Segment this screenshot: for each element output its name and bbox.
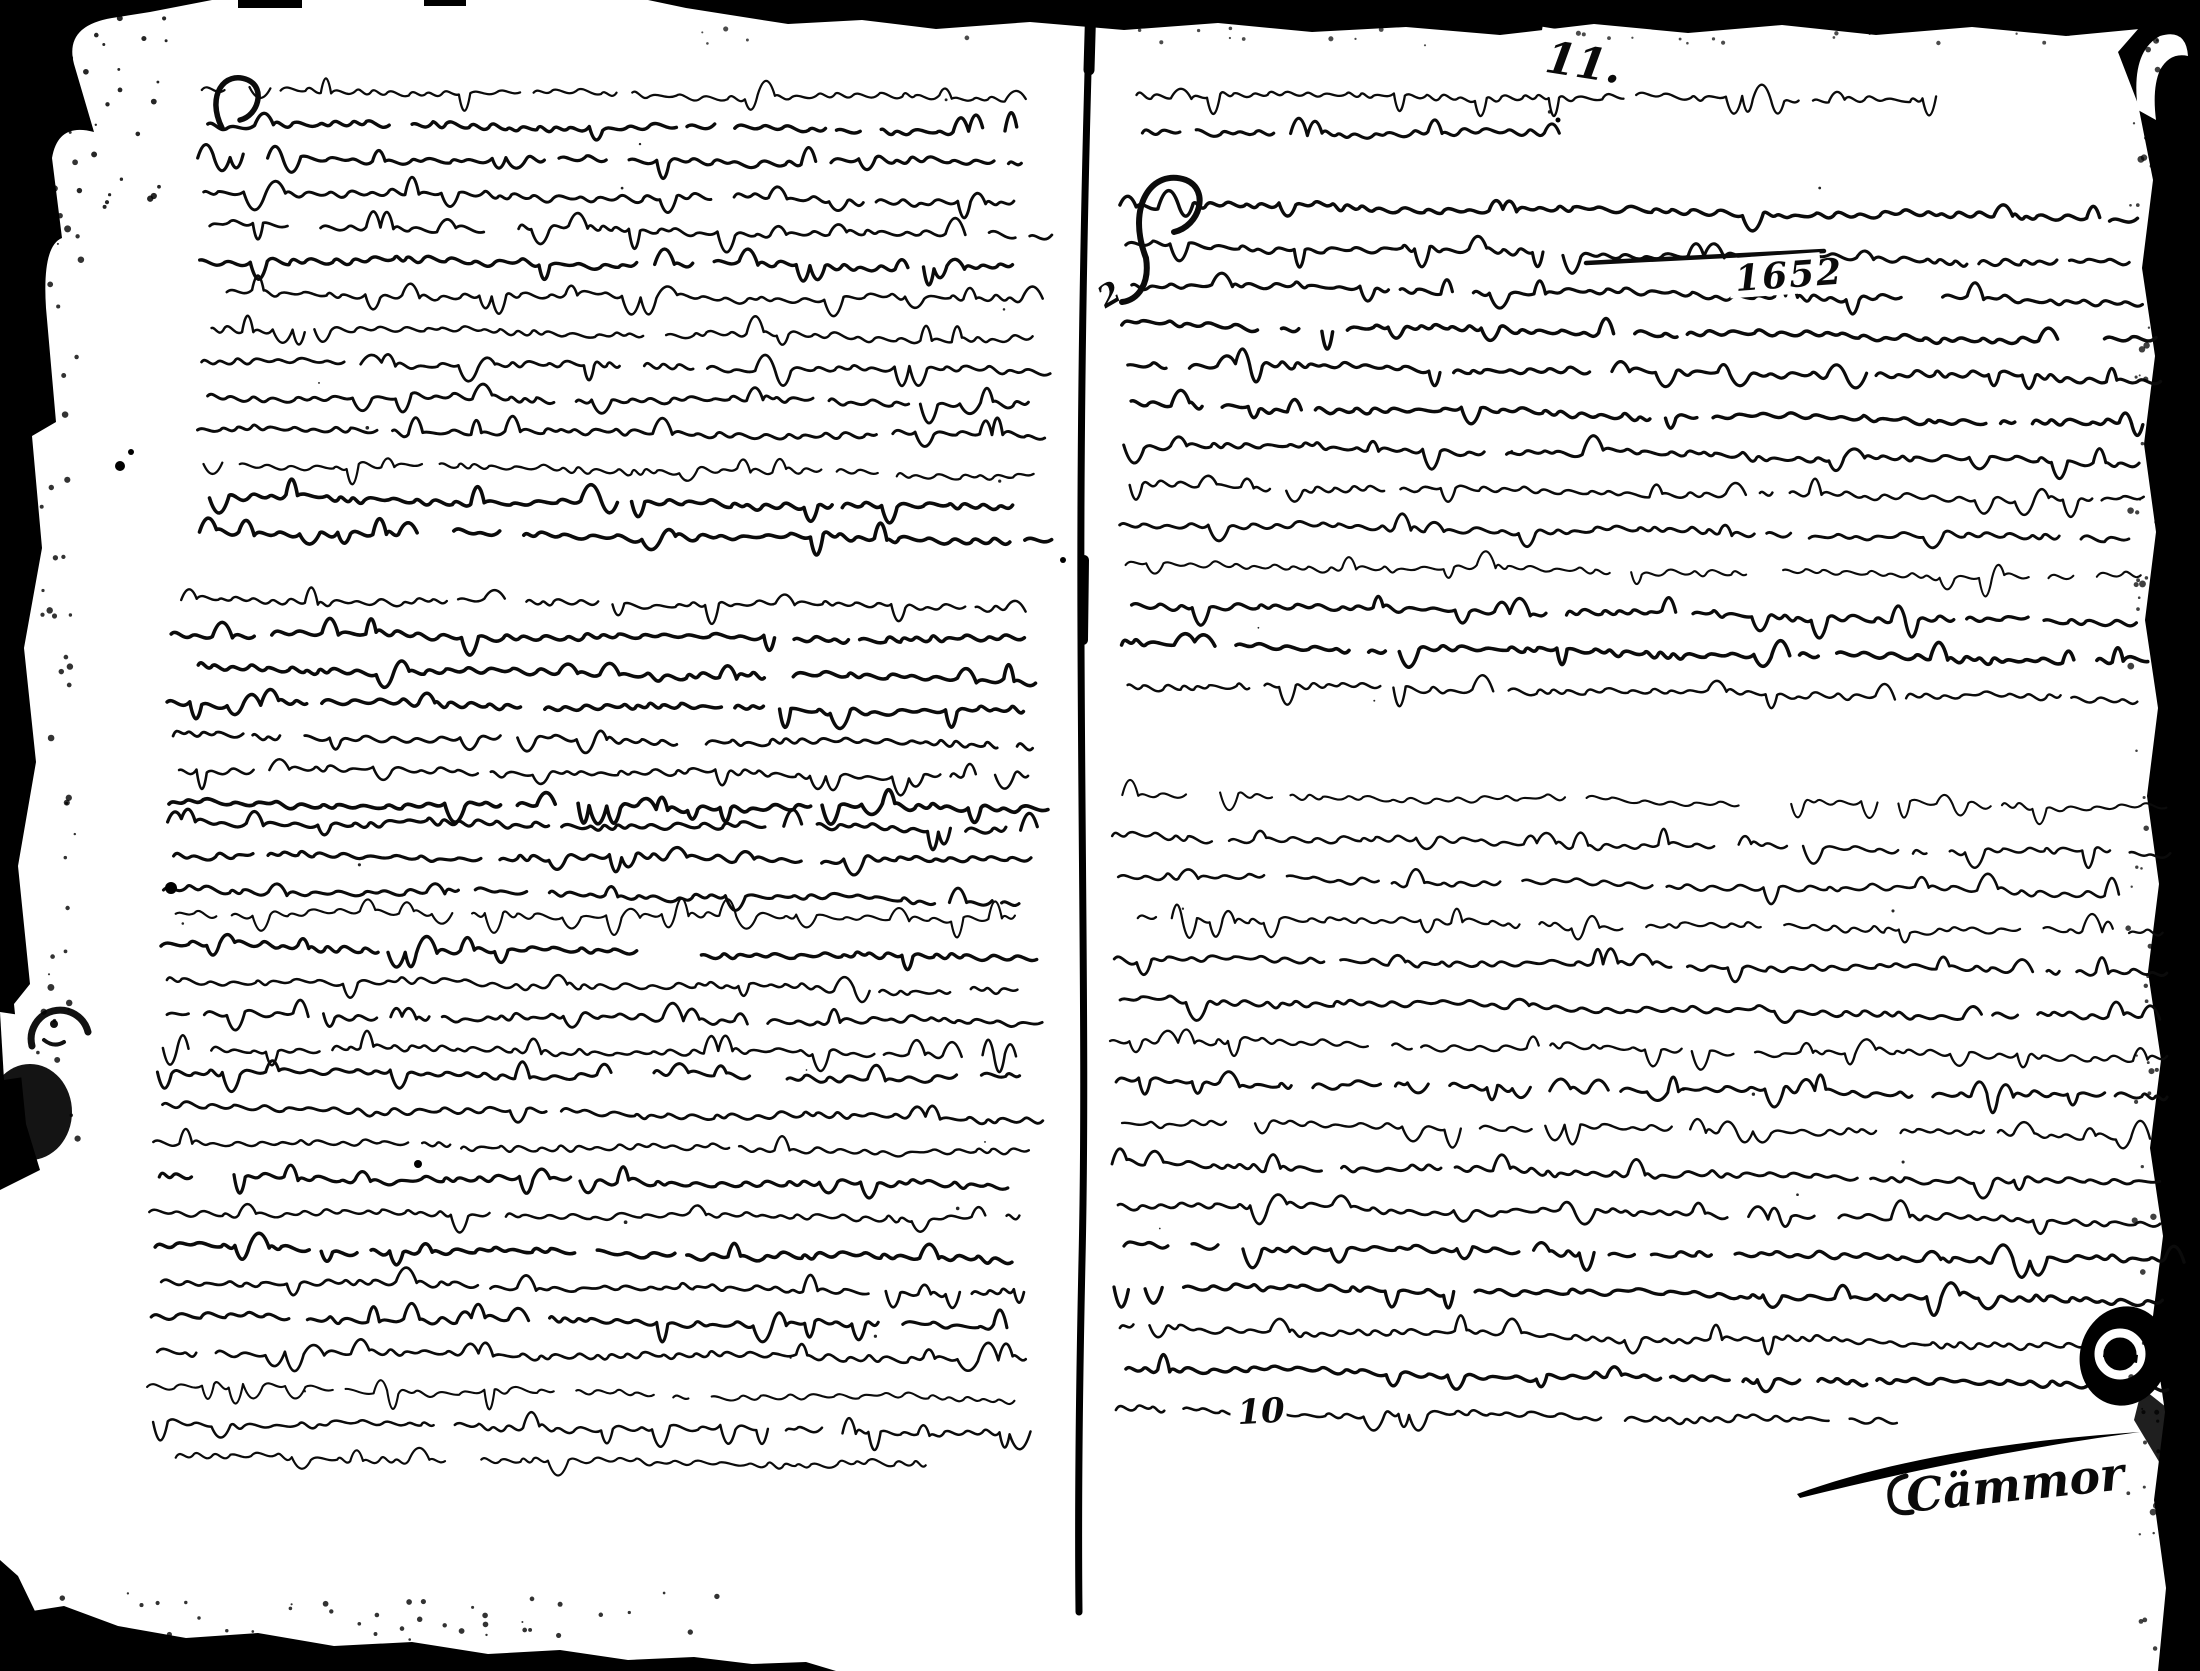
speckle (184, 1601, 187, 1604)
handwriting-line (212, 316, 1033, 345)
speckle (1373, 700, 1375, 702)
chapter-number-text: 10 (1236, 1391, 1286, 1433)
speckle (141, 36, 146, 41)
speckle (63, 50, 66, 53)
speckle (70, 1114, 73, 1117)
scan-edge-bottom (0, 1600, 836, 1671)
speckle (2148, 1068, 2154, 1074)
speckle (746, 39, 749, 42)
speckle (51, 185, 57, 191)
handwriting-line (163, 1031, 1016, 1072)
speckle (47, 119, 51, 123)
speckle (318, 382, 320, 384)
speckle (162, 16, 166, 20)
speckle (2136, 203, 2140, 207)
speckle (108, 193, 111, 196)
scan-artwork: 11. 2 1652 10 Cämmor (0, 0, 2200, 1671)
speckle (2145, 576, 2149, 580)
speckle (357, 1622, 361, 1626)
handwriting-line (176, 1448, 926, 1476)
speckle (2142, 1618, 2147, 1623)
handwriting-line (176, 898, 1015, 937)
speckle (67, 1008, 69, 1010)
signature-block: Cämmor (1797, 1432, 2140, 1523)
speckle (251, 1630, 254, 1633)
speckle (2141, 442, 2145, 446)
handwriting-left-page (147, 78, 1052, 1475)
ink-blotch (115, 461, 125, 471)
handwriting-line (1120, 191, 2138, 231)
speckle (628, 1611, 631, 1614)
speckle (1229, 27, 1233, 31)
handwriting-line (1122, 634, 2148, 668)
speckle (35, 527, 39, 531)
speckle (2139, 1533, 2141, 1535)
speckle (48, 735, 55, 742)
speckle (72, 159, 78, 165)
speckle (471, 1606, 474, 1609)
margin-mark-text: 2 (1091, 275, 1127, 316)
speckle (61, 373, 66, 378)
speckle (2139, 499, 2141, 501)
handwriting-line (198, 416, 1045, 446)
speckle (2153, 416, 2157, 420)
speckle (75, 1136, 81, 1142)
speckle (2145, 47, 2151, 53)
year-fragment: 1652 (1728, 251, 1845, 301)
speckle (2140, 867, 2143, 870)
speckle (2155, 67, 2161, 73)
year-text: 1652 (1734, 251, 1845, 300)
speckle (1834, 31, 1838, 35)
speckle (2153, 220, 2156, 223)
speckle (2127, 663, 2134, 670)
speckle (53, 555, 58, 560)
speckle (1379, 27, 1384, 32)
speckle (1857, 29, 1859, 31)
speckle (530, 1597, 535, 1602)
speckle (1686, 42, 1689, 45)
speckle (85, 1637, 87, 1639)
speckle (1424, 44, 1426, 46)
speckle (874, 1335, 877, 1338)
handwriting-line (227, 276, 1043, 317)
handwriting-line (151, 1303, 1007, 1342)
speckle (69, 131, 72, 134)
speckle (2136, 607, 2140, 611)
speckle (52, 613, 57, 618)
handwriting-line (208, 113, 1017, 140)
handwriting-line (1112, 1149, 2160, 1198)
speckle (47, 282, 53, 288)
speckle (2134, 582, 2139, 587)
handwriting-line (155, 1233, 1012, 1265)
handwriting-line (1124, 436, 2139, 479)
handwriting-line (1122, 318, 2156, 349)
handwriting-line (1128, 349, 2161, 389)
speckle (714, 1594, 719, 1599)
speckle (358, 863, 361, 866)
speckle (2148, 1091, 2152, 1095)
speckle (2148, 944, 2153, 949)
handwriting-line (202, 78, 1026, 110)
speckle (124, 1638, 127, 1641)
speckle (58, 213, 63, 218)
speckle (156, 1601, 160, 1605)
speckle (94, 33, 99, 38)
speckle (225, 1629, 228, 1632)
speckle (2154, 520, 2158, 524)
speckle (95, 124, 97, 126)
handwriting-line (1137, 85, 1937, 116)
speckle (442, 1623, 446, 1627)
speckle (64, 477, 70, 483)
handwriting-line (208, 384, 1029, 423)
ink-blotch (128, 449, 134, 455)
speckle (2126, 1491, 2130, 1495)
speckle (2153, 1502, 2159, 1508)
speckle (1138, 29, 1141, 32)
speckle (2141, 1408, 2143, 1410)
speckle (1548, 110, 1552, 114)
speckle (374, 1632, 378, 1636)
speckle (1607, 36, 1611, 40)
book-clasp-left (0, 1010, 96, 1160)
speckle (2143, 376, 2148, 381)
speckle (1159, 40, 1163, 44)
speckle (2150, 1214, 2156, 1220)
speckle (2156, 1449, 2160, 1453)
handwriting-line (171, 618, 1024, 655)
speckle (2133, 122, 2135, 124)
handwriting-line (1138, 905, 2163, 943)
speckle (2139, 346, 2145, 352)
speckle (50, 954, 55, 959)
handwriting-line (147, 1380, 1014, 1409)
speckle (1902, 1160, 1905, 1163)
book-binding-gutter (1079, 0, 1091, 1612)
speckle (1752, 1093, 1755, 1096)
speckle (624, 1220, 628, 1224)
speckle (40, 505, 44, 509)
handwriting-line (1120, 514, 2129, 548)
speckle (1833, 36, 1836, 39)
speckle (789, 1357, 791, 1359)
speckle (1582, 32, 1586, 36)
speckle (291, 1603, 293, 1605)
handwriting-line (1126, 551, 2141, 596)
speckle (48, 973, 50, 975)
speckle (289, 1607, 293, 1611)
speckle (40, 613, 44, 617)
handwriting-line (161, 935, 1037, 970)
speckle (483, 1622, 489, 1628)
speckle (945, 98, 948, 101)
speckle (621, 187, 624, 190)
speckle (61, 555, 65, 559)
handwriting-line (149, 1204, 1019, 1232)
handwriting-line (1131, 390, 2143, 435)
speckle (165, 39, 168, 42)
speckle (1510, 450, 1513, 453)
speckle (151, 193, 157, 199)
speckle (74, 355, 78, 359)
handwriting-line (1116, 1072, 2167, 1113)
handwriting-line (204, 458, 1034, 484)
handwriting-line (1118, 869, 2150, 904)
speckle (2143, 796, 2146, 799)
speckle (139, 1603, 143, 1607)
speckle (1676, 1376, 1679, 1379)
speckle (2156, 1419, 2159, 1422)
speckle (75, 234, 79, 238)
speckle (105, 102, 109, 106)
speckle (2135, 510, 2139, 514)
speckle (2136, 1054, 2138, 1056)
speckle (77, 188, 82, 193)
handwriting-line (153, 1129, 1029, 1157)
speckle (2154, 1303, 2156, 1305)
speckle (1818, 187, 1821, 190)
handwriting-line (1130, 476, 2144, 517)
handwriting-line (200, 249, 1013, 285)
speckle (57, 243, 59, 245)
speckle (521, 1621, 523, 1623)
speckle (127, 1592, 129, 1594)
speckle (1576, 31, 1581, 36)
speckle (118, 88, 123, 93)
scan-edge-top (648, 0, 2200, 36)
handwriting-line (157, 1339, 1025, 1371)
ink-blotch (1060, 557, 1066, 563)
handwriting-line (1128, 675, 2138, 708)
speckle (102, 43, 105, 46)
speckle (400, 1626, 405, 1631)
speckle (1631, 37, 1633, 39)
speckle (2144, 984, 2148, 988)
speckle (2128, 59, 2132, 63)
speckle (701, 31, 703, 33)
speckle (2153, 623, 2156, 626)
handwriting-line (164, 884, 1020, 911)
handwriting-line (159, 1165, 1008, 1198)
speckle (64, 856, 67, 859)
handwriting-line (1126, 236, 2129, 273)
handwriting-line (1110, 1029, 2167, 1069)
handwriting-line (1118, 1195, 2160, 1234)
speckle (78, 256, 85, 263)
speckle (2144, 136, 2147, 139)
speckle (1354, 38, 1356, 40)
speckle (806, 1069, 808, 1071)
speckle (2139, 580, 2146, 587)
speckle (64, 655, 69, 660)
speckle (2156, 39, 2158, 41)
handwriting-line (161, 1268, 1024, 1308)
speckle (421, 1599, 426, 1604)
speckle (59, 669, 64, 674)
speckle (2143, 825, 2149, 831)
speckle (2132, 1217, 2138, 1223)
speckle (62, 411, 69, 418)
handwriting-line (1112, 829, 2170, 868)
handwriting-right-page (1110, 85, 2184, 1431)
speckle (528, 1628, 532, 1632)
speckle (2135, 376, 2138, 379)
speckle (1328, 36, 1333, 41)
speckle (417, 1617, 422, 1622)
speckle (2136, 578, 2140, 582)
speckle (1197, 29, 1200, 32)
speckle (485, 1634, 487, 1636)
speckle (105, 200, 109, 204)
speckle (956, 1207, 960, 1211)
speckle (2139, 374, 2141, 376)
speckle (1891, 909, 1894, 912)
speckle (35, 331, 42, 338)
speckle (2131, 886, 2133, 888)
speckle (103, 205, 107, 209)
speckle (2127, 507, 2134, 514)
speckle (2145, 1321, 2151, 1327)
ink-blotch (1556, 118, 1561, 123)
speckle (51, 69, 53, 71)
speckle (329, 1609, 333, 1613)
speckle (2042, 41, 2046, 45)
speckle (49, 485, 54, 490)
speckle (2138, 596, 2141, 599)
scan-edge-top-mark (424, 0, 466, 6)
page-number-text: 11. (1542, 32, 1626, 94)
speckle (1712, 37, 1715, 40)
ink-blotch (165, 882, 177, 894)
speckle (66, 795, 72, 801)
speckle (2141, 1165, 2144, 1168)
handwriting-line (163, 1102, 1043, 1124)
speckle (58, 1637, 61, 1640)
speckle (408, 1638, 411, 1641)
speckle (92, 1631, 97, 1636)
handwriting-line (1132, 273, 2143, 314)
scan-edge-top-mark (238, 0, 302, 8)
handwriting-line (202, 354, 1051, 385)
speckle (157, 185, 161, 189)
speckle (2154, 271, 2157, 274)
speckle (998, 480, 1001, 483)
speckle (2143, 1441, 2147, 1445)
speckle (2148, 327, 2150, 329)
handwriting-line (181, 587, 1025, 623)
speckle (639, 143, 641, 145)
speckle (63, 73, 70, 80)
manuscript-scan: 11. 2 1652 10 Cämmor (0, 0, 2200, 1671)
speckle (167, 1632, 172, 1637)
speckle (1182, 908, 1184, 910)
margin-mark: 2 (1091, 275, 1127, 316)
speckle (56, 304, 60, 308)
handwriting-line (153, 1412, 1030, 1450)
speckle (39, 189, 41, 191)
handwriting-line (169, 790, 1048, 824)
handwriting-line (167, 690, 1023, 729)
speckle (135, 132, 140, 137)
speckle (2134, 1100, 2138, 1104)
speckle (2129, 204, 2132, 207)
speckle (62, 67, 65, 70)
speckle (120, 178, 123, 181)
speckle (1893, 27, 1898, 32)
speckle (2131, 422, 2133, 424)
speckle (53, 1019, 57, 1023)
handwriting-line (157, 1061, 1019, 1092)
speckle (54, 1057, 60, 1063)
speckle (41, 1009, 47, 1015)
speckle (2155, 226, 2160, 231)
speckle (2150, 165, 2153, 168)
speckle (706, 42, 709, 45)
speckle (2147, 1061, 2150, 1064)
speckle (2152, 575, 2155, 578)
handwriting-line (198, 145, 1022, 179)
speckle (151, 99, 157, 105)
speckle (375, 1613, 380, 1618)
speckle (459, 1628, 465, 1634)
scan-edges (0, 0, 2200, 1671)
speckle (91, 151, 97, 157)
speckle (157, 1636, 162, 1641)
speckle (2145, 999, 2149, 1003)
speckle (2157, 849, 2159, 851)
speckle (60, 1595, 65, 1600)
speckle (406, 1599, 412, 1605)
handwriting-line (1142, 118, 1559, 138)
speckle (1159, 1228, 1161, 1230)
speckle (2149, 806, 2153, 810)
handwriting-line (179, 759, 1028, 795)
speckle (48, 145, 50, 147)
speckle (1721, 41, 1725, 45)
speckle (2150, 217, 2153, 220)
speckle (2152, 1532, 2154, 1534)
speckle (65, 906, 69, 910)
speckle (36, 1051, 40, 1055)
handwriting-line (174, 848, 1031, 875)
speckle (556, 1633, 561, 1638)
speckle (2140, 1269, 2146, 1275)
speckle (33, 1613, 38, 1618)
speckle (2154, 1410, 2159, 1415)
handwriting-line (1120, 1315, 2169, 1354)
page-number: 11. (1534, 27, 1626, 95)
speckle (965, 36, 970, 41)
handwriting-line (1124, 1242, 2184, 1277)
speckle (1258, 627, 1260, 629)
handwriting-line (210, 211, 1052, 252)
speckle (68, 55, 74, 61)
speckle (67, 683, 72, 688)
speckle (984, 1141, 986, 1143)
speckle (46, 607, 53, 614)
speckle (50, 135, 53, 138)
chapter-number-fragment: 10 (1229, 1386, 1287, 1434)
handwriting-line (204, 177, 1014, 218)
speckle (182, 922, 185, 925)
speckle (723, 26, 728, 31)
speckle (1242, 37, 1246, 41)
speckle (2125, 925, 2131, 931)
handwriting-line (173, 731, 1033, 753)
speckle (2067, 32, 2070, 35)
